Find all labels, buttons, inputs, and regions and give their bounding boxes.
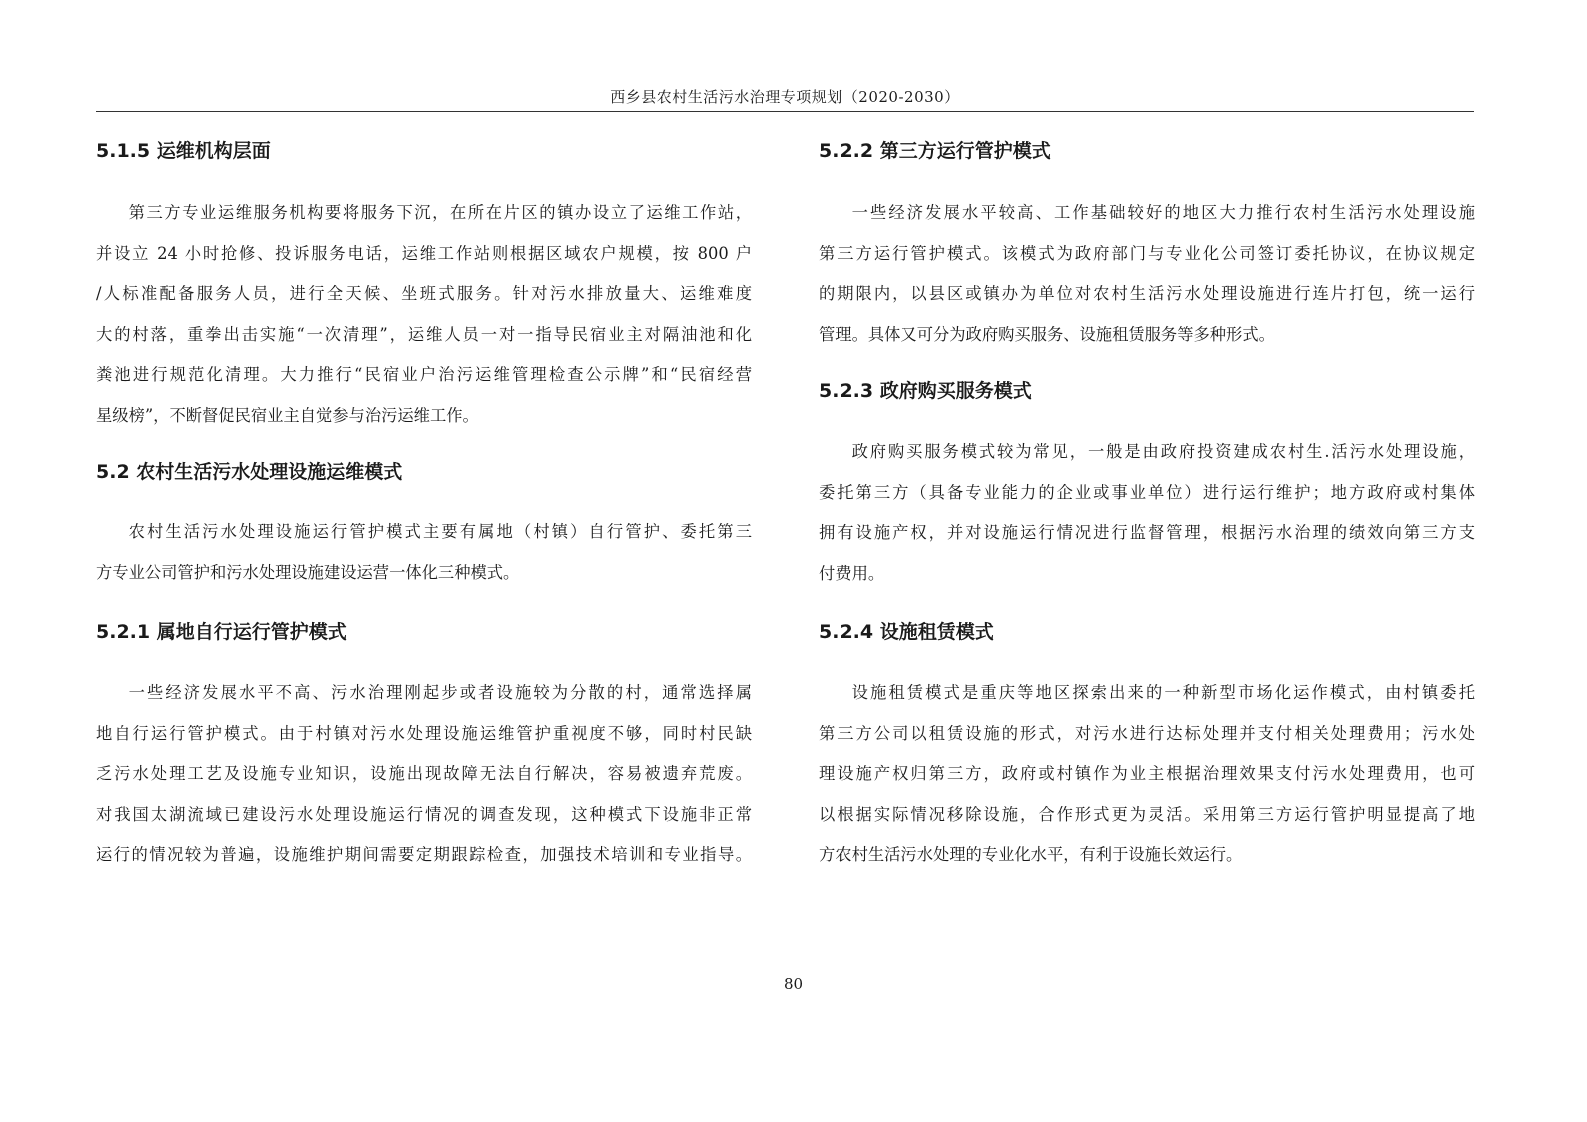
paragraph-5-2-1: 一些经济发展水平不高、污水治理刚起步或者设施较为分散的村，通常选择属 地自行运行… xyxy=(96,673,752,876)
text-line: 对我国太湖流域已建设污水处理设施运行情况的调查发现，这种模式下设施非正常 xyxy=(96,795,752,836)
text-line: /人标准配备服务人员，进行全天候、坐班式服务。针对污水排放量大、运维难度 xyxy=(96,274,752,315)
text-line: 方农村生活污水处理的专业化水平，有利于设施长效运行。 xyxy=(819,835,1475,876)
text-line: 的期限内，以县区或镇办为单位对农村生活污水处理设施进行连片打包，统一运行 xyxy=(819,274,1475,315)
text-line: 政府购买服务模式较为常见，一般是由政府投资建成农村生.活污水处理设施， xyxy=(819,432,1475,473)
paragraph-5-1-5: 第三方专业运维服务机构要将服务下沉，在所在片区的镇办设立了运维工作站， 并设立 … xyxy=(96,193,752,437)
text-line: 并设立 24 小时抢修、投诉服务电话，运维工作站则根据区域农户规模，按 800 … xyxy=(96,234,752,275)
text-line: 理设施产权归第三方，政府或村镇作为业主根据治理效果支付污水处理费用，也可 xyxy=(819,754,1475,795)
text-line: 设施租赁模式是重庆等地区探索出来的一种新型市场化运作模式，由村镇委托 xyxy=(819,673,1475,714)
text-line: 运行的情况较为普遍，设施维护期间需要定期跟踪检查，加强技术培训和专业指导。 xyxy=(96,835,752,876)
text-line: 付费用。 xyxy=(819,554,1475,595)
text-line: 管理。具体又可分为政府购买服务、设施租赁服务等多种形式。 xyxy=(819,315,1475,356)
text-line: 以根据实际情况移除设施，合作形式更为灵活。采用第三方运行管护明显提高了地 xyxy=(819,795,1475,836)
text-line: 大的村落，重拳出击实施“一次清理”，运维人员一对一指导民宿业主对隔油池和化 xyxy=(96,315,752,356)
section-heading-5-1-5: 5.1.5 运维机构层面 xyxy=(96,136,271,166)
text-line: 一些经济发展水平较高、工作基础较好的地区大力推行农村生活污水处理设施 xyxy=(819,193,1475,234)
section-heading-5-2-1: 5.2.1 属地自行运行管护模式 xyxy=(96,617,347,647)
text-line: 一些经济发展水平不高、污水治理刚起步或者设施较为分散的村，通常选择属 xyxy=(96,673,752,714)
paragraph-5-2-4: 设施租赁模式是重庆等地区探索出来的一种新型市场化运作模式，由村镇委托 第三方公司… xyxy=(819,673,1475,876)
section-heading-5-2: 5.2 农村生活污水处理设施运维模式 xyxy=(96,457,402,487)
text-line: 地自行运行管护模式。由于村镇对污水处理设施运维管护重视度不够，同时村民缺 xyxy=(96,714,752,755)
paragraph-5-2: 农村生活污水处理设施运行管护模式主要有属地（村镇）自行管护、委托第三 方专业公司… xyxy=(96,512,752,593)
text-line: 拥有设施产权，并对设施运行情况进行监督管理，根据污水治理的绩效向第三方支 xyxy=(819,513,1475,554)
text-line: 第三方专业运维服务机构要将服务下沉，在所在片区的镇办设立了运维工作站， xyxy=(96,193,752,234)
section-heading-5-2-3: 5.2.3 政府购买服务模式 xyxy=(819,376,1032,406)
page-number: 80 xyxy=(0,975,1587,993)
text-line: 农村生活污水处理设施运行管护模式主要有属地（村镇）自行管护、委托第三 xyxy=(96,512,752,553)
text-line: 第三方公司以租赁设施的形式，对污水进行达标处理并支付相关处理费用；污水处 xyxy=(819,714,1475,755)
header-divider xyxy=(96,111,1474,112)
section-heading-5-2-2: 5.2.2 第三方运行管护模式 xyxy=(819,136,1051,166)
text-line: 方专业公司管护和污水处理设施建设运营一体化三种模式。 xyxy=(96,553,752,594)
text-line: 乏污水处理工艺及设施专业知识，设施出现故障无法自行解决，容易被遗弃荒废。 xyxy=(96,754,752,795)
text-line: 星级榜”，不断督促民宿业主自觉参与治污运维工作。 xyxy=(96,396,752,437)
text-line: 委托第三方（具备专业能力的企业或事业单位）进行运行维护；地方政府或村集体 xyxy=(819,473,1475,514)
section-heading-5-2-4: 5.2.4 设施租赁模式 xyxy=(819,617,994,647)
text-line: 粪池进行规范化清理。大力推行“民宿业户治污运维管理检查公示牌”和“民宿经营 xyxy=(96,355,752,396)
text-line: 第三方运行管护模式。该模式为政府部门与专业化公司签订委托协议，在协议规定 xyxy=(819,234,1475,275)
paragraph-5-2-2: 一些经济发展水平较高、工作基础较好的地区大力推行农村生活污水处理设施 第三方运行… xyxy=(819,193,1475,355)
paragraph-5-2-3: 政府购买服务模式较为常见，一般是由政府投资建成农村生.活污水处理设施， 委托第三… xyxy=(819,432,1475,594)
running-header: 西乡县农村生活污水治理专项规划（2020-2030） xyxy=(96,86,1474,107)
